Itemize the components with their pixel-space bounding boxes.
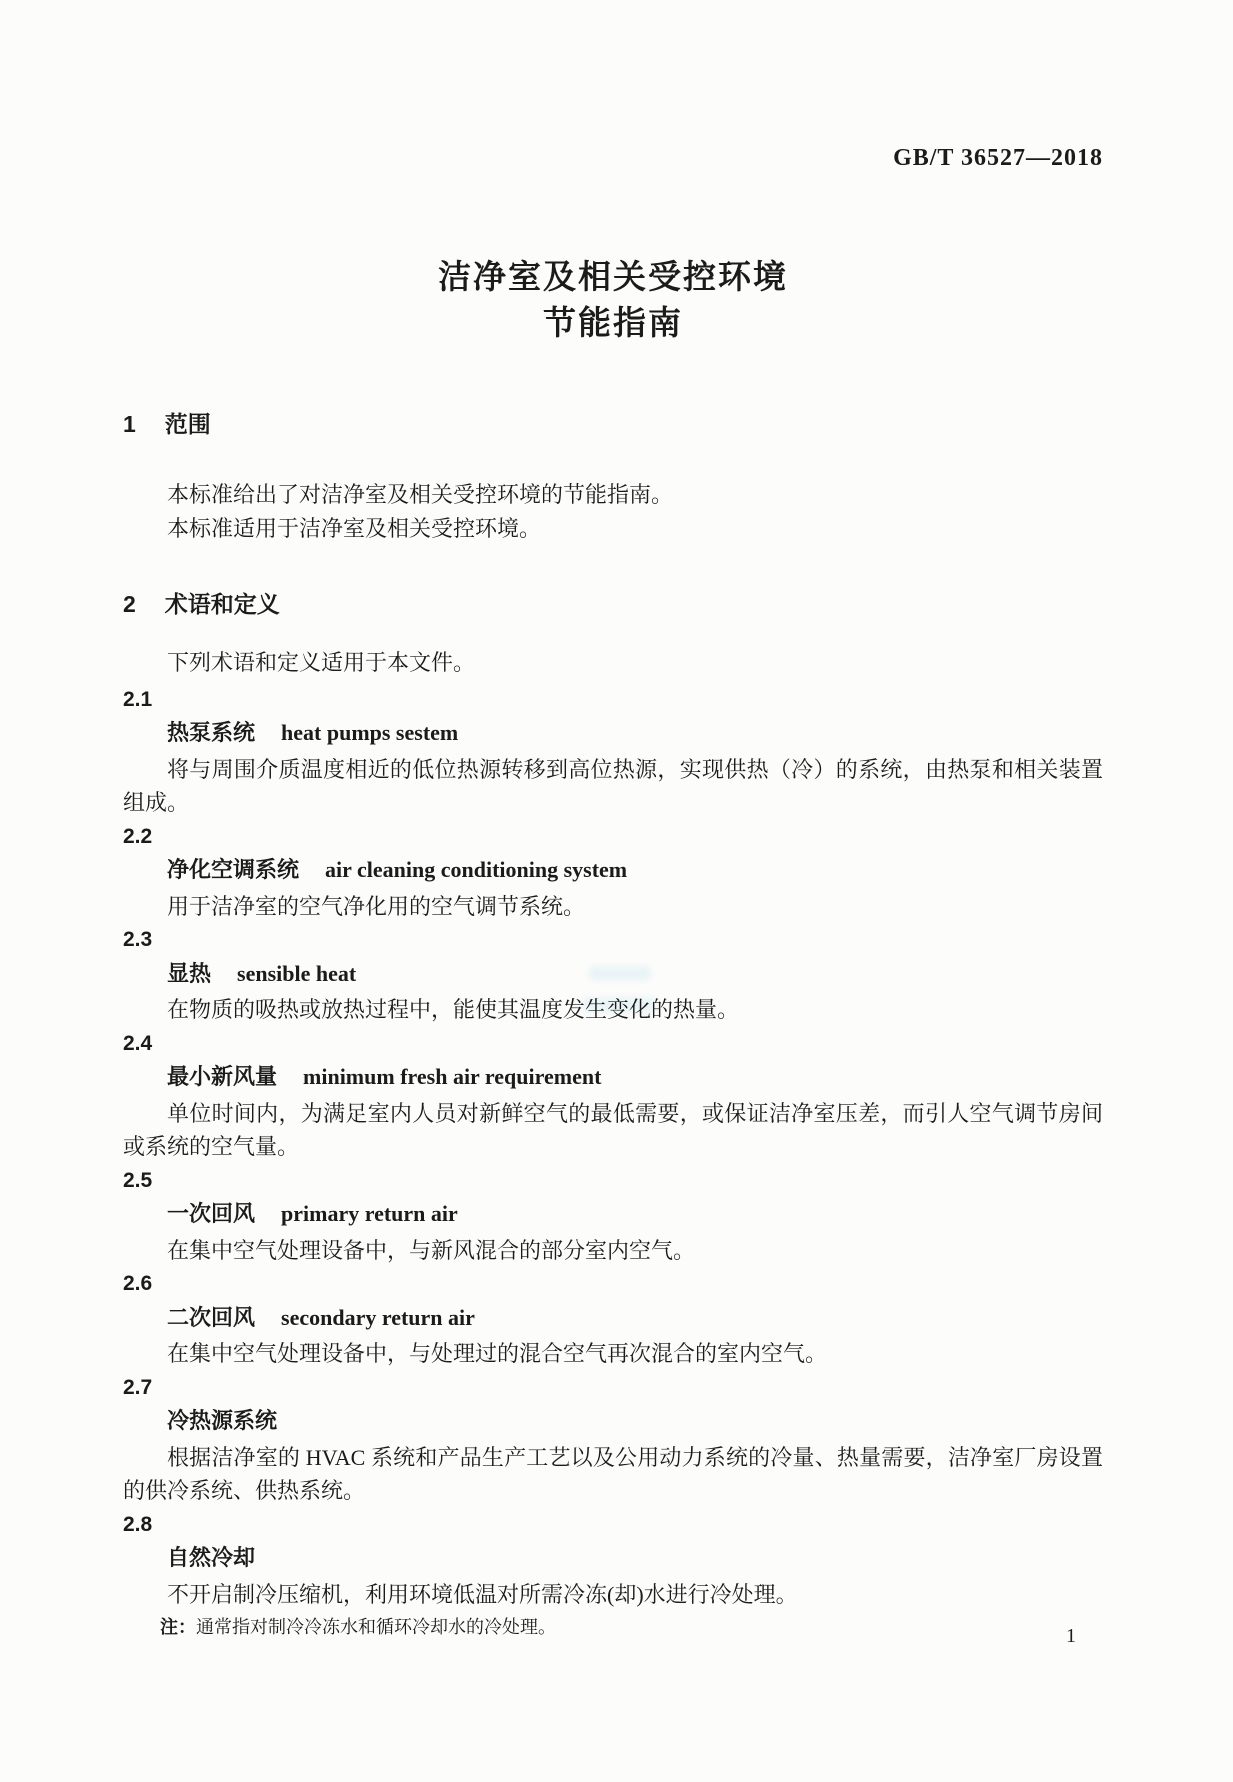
term-definition: 在集中空气处理设备中，与新风混合的部分室内空气。 bbox=[123, 1234, 1103, 1268]
term-definition: 在集中空气处理设备中，与处理过的混合空气再次混合的室内空气。 bbox=[123, 1337, 1103, 1371]
term-block: 2.7 冷热源系统 根据洁净室的 HVAC 系统和产品生产工艺以及公用动力系统的… bbox=[123, 1371, 1103, 1508]
term-heading: 显热sensible heat bbox=[123, 957, 1103, 994]
section-heading-terms: 2术语和定义 bbox=[123, 588, 1103, 621]
note-text: 通常指对制冷冷冻水和循环冷却水的冷处理。 bbox=[196, 1617, 556, 1637]
term-block: 2.1 热泵系统heat pumps sestem 将与周围介质温度相近的低位热… bbox=[123, 683, 1103, 820]
clause-number: 2.5 bbox=[123, 1164, 1103, 1198]
term-block: 2.6 二次回风secondary return air 在集中空气处理设备中，… bbox=[123, 1267, 1103, 1371]
clause-number: 2.6 bbox=[123, 1267, 1103, 1301]
term-zh: 热泵系统 bbox=[167, 720, 255, 745]
scope-paragraph: 本标准给出了对洁净室及相关受控环境的节能指南。 bbox=[123, 478, 1103, 512]
term-heading: 最小新风量minimum fresh air requirement bbox=[123, 1060, 1103, 1097]
term-block: 2.4 最小新风量minimum fresh air requirement 单… bbox=[123, 1027, 1103, 1164]
term-block: 2.8 自然冷却 不开启制冷压缩机，利用环境低温对所需冷冻(却)水进行冷处理。 … bbox=[123, 1508, 1103, 1645]
term-zh: 自然冷却 bbox=[167, 1545, 255, 1570]
term-note: 注：通常指对制冷冷冻水和循环冷却水的冷处理。 bbox=[123, 1611, 1103, 1645]
terms-list: 2.1 热泵系统heat pumps sestem 将与周围介质温度相近的低位热… bbox=[123, 683, 1103, 1645]
term-heading: 冷热源系统 bbox=[123, 1404, 1103, 1441]
term-zh: 冷热源系统 bbox=[167, 1408, 277, 1433]
term-heading: 二次回风secondary return air bbox=[123, 1301, 1103, 1338]
scope-paragraph: 本标准适用于洁净室及相关受控环境。 bbox=[123, 512, 1103, 546]
document-title: 洁净室及相关受控环境 节能指南 bbox=[123, 254, 1103, 346]
page-number: 1 bbox=[1066, 1622, 1076, 1650]
term-zh: 显热 bbox=[167, 961, 211, 986]
document-page: GB/T 36527—2018 洁净室及相关受控环境 节能指南 1范围 本标准给… bbox=[0, 0, 1233, 1782]
term-zh: 净化空调系统 bbox=[167, 857, 299, 882]
term-block: 2.2 净化空调系统air cleaning conditioning syst… bbox=[123, 820, 1103, 924]
section-heading-scope: 1范围 bbox=[123, 408, 1103, 441]
term-definition: 用于洁净室的空气净化用的空气调节系统。 bbox=[123, 890, 1103, 924]
term-definition: 不开启制冷压缩机，利用环境低温对所需冷冻(却)水进行冷处理。 bbox=[123, 1578, 1103, 1612]
term-block: 2.5 一次回风primary return air 在集中空气处理设备中，与新… bbox=[123, 1164, 1103, 1268]
clause-number: 2.3 bbox=[123, 923, 1103, 957]
term-en: heat pumps sestem bbox=[281, 720, 458, 745]
term-en: sensible heat bbox=[237, 961, 356, 986]
section-title: 术语和定义 bbox=[165, 591, 280, 617]
term-definition: 根据洁净室的 HVAC 系统和产品生产工艺以及公用动力系统的冷量、热量需要，洁净… bbox=[123, 1441, 1103, 1508]
clause-number: 2.2 bbox=[123, 820, 1103, 854]
clause-number: 2.4 bbox=[123, 1027, 1103, 1061]
term-block: 2.3 显热sensible heat 在物质的吸热或放热过程中，能使其温度发生… bbox=[123, 923, 1103, 1027]
term-en: minimum fresh air requirement bbox=[303, 1064, 601, 1089]
term-definition: 将与周围介质温度相近的低位热源转移到高位热源，实现供热（冷）的系统，由热泵和相关… bbox=[123, 753, 1103, 820]
terms-intro: 下列术语和定义适用于本文件。 bbox=[123, 646, 1103, 680]
term-en: secondary return air bbox=[281, 1305, 475, 1330]
term-heading: 一次回风primary return air bbox=[123, 1197, 1103, 1234]
clause-number: 2.8 bbox=[123, 1508, 1103, 1542]
section-title: 范围 bbox=[165, 411, 211, 437]
term-zh: 最小新风量 bbox=[167, 1064, 277, 1089]
title-line-2: 节能指南 bbox=[123, 300, 1103, 346]
term-definition: 在物质的吸热或放热过程中，能使其温度发生变化的热量。 bbox=[123, 993, 1103, 1027]
page-content: GB/T 36527—2018 洁净室及相关受控环境 节能指南 1范围 本标准给… bbox=[123, 0, 1103, 1645]
term-zh: 二次回风 bbox=[167, 1305, 255, 1330]
section-number: 2 bbox=[123, 588, 136, 621]
note-label: 注： bbox=[160, 1617, 196, 1637]
clause-number: 2.7 bbox=[123, 1371, 1103, 1405]
term-heading: 净化空调系统air cleaning conditioning system bbox=[123, 853, 1103, 890]
term-heading: 自然冷却 bbox=[123, 1541, 1103, 1578]
term-en: air cleaning conditioning system bbox=[325, 857, 627, 882]
scope-paragraphs: 本标准给出了对洁净室及相关受控环境的节能指南。 本标准适用于洁净室及相关受控环境… bbox=[123, 478, 1103, 545]
title-line-1: 洁净室及相关受控环境 bbox=[123, 254, 1103, 300]
term-heading: 热泵系统heat pumps sestem bbox=[123, 716, 1103, 753]
term-en: primary return air bbox=[281, 1201, 458, 1226]
term-definition: 单位时间内，为满足室内人员对新鲜空气的最低需要，或保证洁净室压差，而引人空气调节… bbox=[123, 1097, 1103, 1164]
section-number: 1 bbox=[123, 408, 136, 441]
standard-code: GB/T 36527—2018 bbox=[123, 144, 1103, 172]
term-zh: 一次回风 bbox=[167, 1201, 255, 1226]
clause-number: 2.1 bbox=[123, 683, 1103, 717]
